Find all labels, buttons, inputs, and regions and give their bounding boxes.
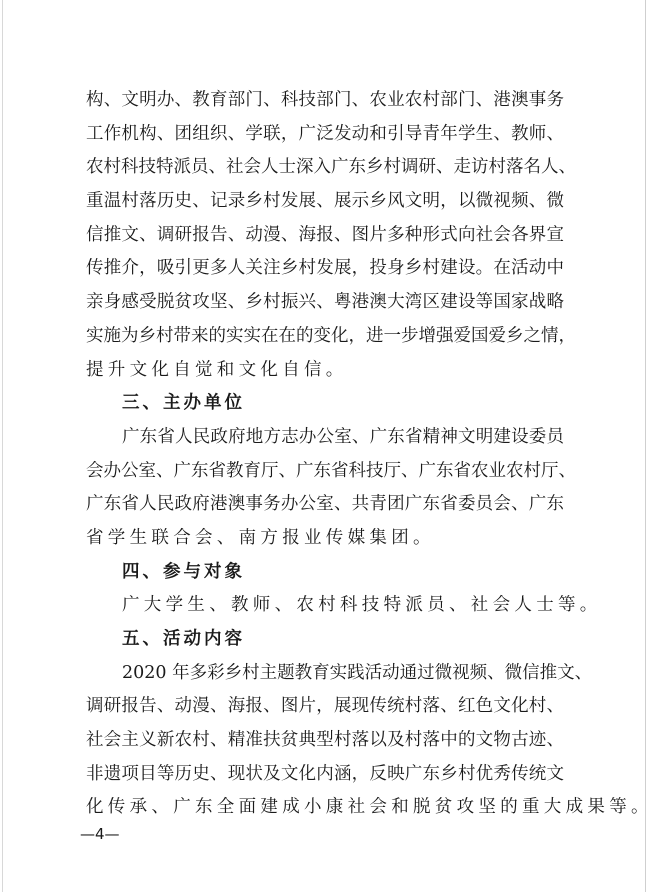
text-line: 提升文化自觉和文化自信。 bbox=[86, 354, 564, 388]
text-line: 工作机构、团组织、学联，广泛发动和引导青年学生、教师、 bbox=[86, 118, 564, 152]
text-line: 调研报告、动漫、海报、图片，展现传统村落、红色文化村、 bbox=[86, 690, 564, 724]
text-line: 会办公室、广东省教育厅、广东省科技厅、广东省农业农村厅、 bbox=[86, 455, 564, 489]
text-line: 非遗项目等历史、现状及文化内涵，反映广东乡村优秀传统文 bbox=[86, 758, 564, 792]
text-line: 亲身感受脱贫攻坚、乡村振兴、粤港澳大湾区建设等国家战略 bbox=[86, 286, 564, 320]
page-edge-right bbox=[645, 0, 646, 892]
section-heading-participants: 四、参与对象 bbox=[86, 556, 564, 590]
section-heading-organizers: 三、主办单位 bbox=[86, 387, 564, 421]
text-line: 信推文、调研报告、动漫、海报、图片多种形式向社会各界宣 bbox=[86, 219, 564, 253]
text-line: 广东省人民政府港澳事务办公室、共青团广东省委员会、广东 bbox=[86, 488, 564, 522]
text-line: 省学生联合会、南方报业传媒集团。 bbox=[86, 522, 564, 556]
text-line: 广东省人民政府地方志办公室、广东省精神文明建设委员 bbox=[86, 421, 564, 455]
text-line: 实施为乡村带来的实实在在的变化，进一步增强爱国爱乡之情， bbox=[86, 320, 564, 354]
text-line: 传推介，吸引更多人关注乡村发展，投身乡村建设。在活动中 bbox=[86, 252, 564, 286]
organizers-paragraph: 广东省人民政府地方志办公室、广东省精神文明建设委员 会办公室、广东省教育厅、广东… bbox=[86, 421, 564, 556]
text-line: 重温村落历史、记录乡村发展、展示乡风文明，以微视频、微 bbox=[86, 185, 564, 219]
intro-paragraph-continued: 构、文明办、教育部门、科技部门、农业农村部门、港澳事务 工作机构、团组织、学联，… bbox=[86, 84, 564, 387]
page-number: —4— bbox=[80, 825, 120, 843]
text-line: 广大学生、教师、农村科技特派员、社会人士等。 bbox=[86, 589, 564, 623]
page-edge-left bbox=[2, 0, 3, 892]
text-line: 2020 年多彩乡村主题教育实践活动通过微视频、微信推文、 bbox=[86, 657, 564, 691]
text-line: 社会主义新农村、精准扶贫典型村落以及村落中的文物古迹、 bbox=[86, 724, 564, 758]
text-line: 农村科技特派员、社会人士深入广东乡村调研、走访村落名人、 bbox=[86, 151, 564, 185]
section-heading-activity-content: 五、活动内容 bbox=[86, 623, 564, 657]
participants-paragraph: 广大学生、教师、农村科技特派员、社会人士等。 bbox=[86, 589, 564, 623]
activity-content-paragraph: 2020 年多彩乡村主题教育实践活动通过微视频、微信推文、 调研报告、动漫、海报… bbox=[86, 657, 564, 825]
text-line: 构、文明办、教育部门、科技部门、农业农村部门、港澳事务 bbox=[86, 84, 564, 118]
text-line: 化传承、广东全面建成小康社会和脱贫攻坚的重大成果等。 bbox=[86, 791, 564, 825]
document-body: 构、文明办、教育部门、科技部门、农业农村部门、港澳事务 工作机构、团组织、学联，… bbox=[86, 84, 564, 825]
